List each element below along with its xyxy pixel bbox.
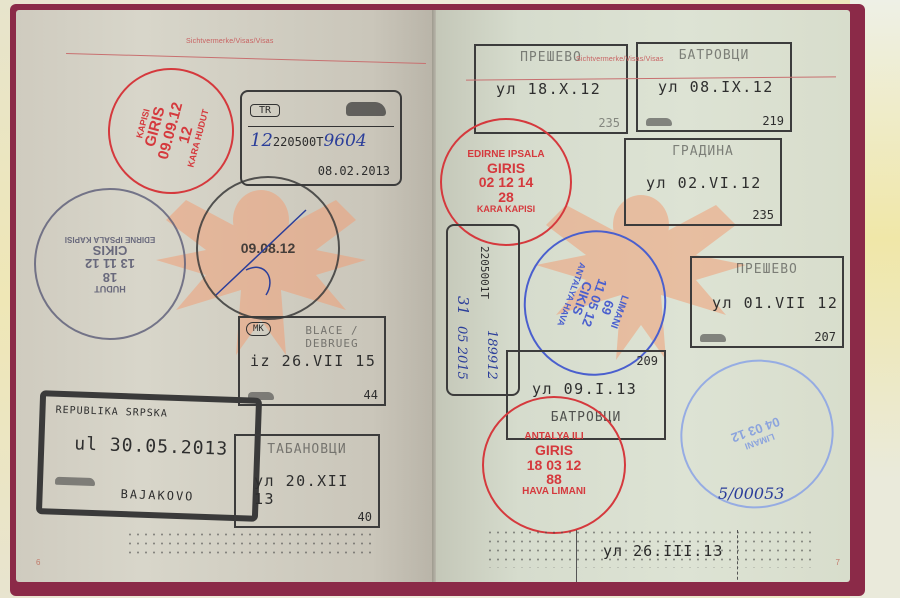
stamp-date: ул 02.VI.12 [646, 174, 762, 192]
stamp-arc-bottom: EDIRNE IPSALA KAPISI [65, 235, 155, 243]
page-header-right: Sichtvermerke/Visas/Visas [576, 56, 664, 63]
stamp-mk-entry: ТАБАНОВЦИ ул 20.XII 13 40 [234, 434, 380, 528]
stamp-date: ul 30.05.2013 [74, 433, 229, 459]
handwritten-suffix: 9604 [323, 131, 366, 151]
stamp-number: 209 [636, 354, 658, 368]
handwritten-1: 31 [454, 296, 472, 315]
stamp-arc-bottom: HAVA LIMANI [522, 487, 586, 498]
stamp-date: ул 26.III.13 [603, 542, 723, 560]
stamp-place: BAJAKOVO [120, 487, 194, 504]
stamp-presevo-entry-2: ПРЕШЕВО ул 01.VII 12 207 [690, 256, 844, 348]
printed-number: 2205001T [478, 246, 491, 299]
stamp-gate: 18 [103, 270, 117, 284]
stamp-header: REPUBLIKA SRPSKA [55, 405, 168, 420]
page-number-left: 6 [36, 558, 40, 567]
stamp-number: 44 [364, 388, 378, 402]
handwritten-prefix: 12 [250, 130, 273, 151]
handwritten-3: 189912 [484, 330, 499, 380]
stamp-place: BLACE / DEBRUEG [280, 324, 384, 350]
stamp-header: ГРАДИНА [626, 144, 780, 159]
stamp-date: ул 08.IX.12 [658, 78, 774, 96]
handwritten-2: 05 2015 [454, 326, 469, 380]
stamp-arc-top: HUDUT [94, 284, 126, 293]
passport-page-right: ПРЕШЕВО ул 18.X.12 235 БАТРОВЦИ ул 08.IX… [436, 10, 850, 582]
handwritten-number: 5/00053 [718, 484, 784, 503]
stamp-number-line: 12220500T9604 [250, 130, 367, 151]
stamp-country-code: TR [250, 104, 280, 117]
stamp-tr-vehicle: TR 12220500T9604 08.02.2013 [240, 90, 402, 186]
stamp-ipsala-exit-grey: HUDUT 18 13 11 12 CIKIS EDIRNE IPSALA KA… [34, 188, 186, 340]
page-header-left: Sichtvermerke/Visas/Visas [186, 38, 274, 45]
stamp-number: 219 [762, 114, 784, 128]
stamp-gate: 28 [498, 190, 514, 205]
stamp-gradina-entry: ГРАДИНА ул 02.VI.12 235 [624, 138, 782, 226]
stamp-number: 235 [598, 116, 620, 130]
stamp-number: 40 [358, 510, 372, 524]
car-icon [346, 102, 386, 116]
stamp-divider [248, 126, 394, 127]
stamp-date: ул 01.VII 12 [712, 294, 838, 312]
stamp-dotted-exit: ул 26.III.13 [576, 530, 738, 582]
stamp-date: 02 12 14 [479, 175, 534, 190]
stamp-date: iz 26.VII 15 [250, 352, 376, 370]
stamp-arc-bottom: KARA KAPISI [477, 205, 535, 214]
signature-scribble-icon [206, 200, 326, 310]
stamp-republika-srpska-entry: REPUBLIKA SRPSKA ul 30.05.2013 BAJAKOVO [36, 390, 262, 522]
stamp-line1: GIRIS [535, 443, 573, 458]
stamp-mk-exit: MK BLACE / DEBRUEG iz 26.VII 15 44 [238, 316, 386, 406]
stamp-date: 18 03 12 [527, 458, 582, 473]
stamp-date: 08.02.2013 [318, 164, 390, 178]
printed-number: 220500T [273, 135, 324, 149]
car-icon [700, 334, 726, 342]
stamp-number: 207 [814, 330, 836, 344]
perforation-dots [126, 530, 376, 560]
stamp-country-code: MK [246, 322, 271, 336]
stamp-antalya-entry-red: ANTALYA ILI GIRIS 18 03 12 88 HAVA LIMAN… [482, 396, 626, 534]
stamp-line1: GIRIS [487, 161, 525, 176]
stamp-header: ТАБАНОВЦИ [236, 442, 378, 457]
page-number-right: 7 [836, 558, 840, 567]
header-rule-left [66, 53, 426, 64]
passport-page-left: Sichtvermerke/Visas/Visas TR 12220500T96… [16, 10, 434, 582]
stamp-date: ул 20.XII 13 [254, 472, 378, 508]
car-icon [55, 477, 95, 486]
stamp-arc-top: EDIRNE IPSALA [467, 150, 544, 161]
stamp-line1: CIKIS [93, 243, 128, 257]
stamp-gate: 88 [546, 472, 562, 487]
car-icon [646, 118, 672, 126]
stamp-date: 13 11 12 [85, 257, 135, 271]
stamp-number: 235 [752, 208, 774, 222]
stamp-date: ул 18.X.12 [496, 80, 601, 98]
stamp-header: ПРЕШЕВО [692, 262, 842, 277]
